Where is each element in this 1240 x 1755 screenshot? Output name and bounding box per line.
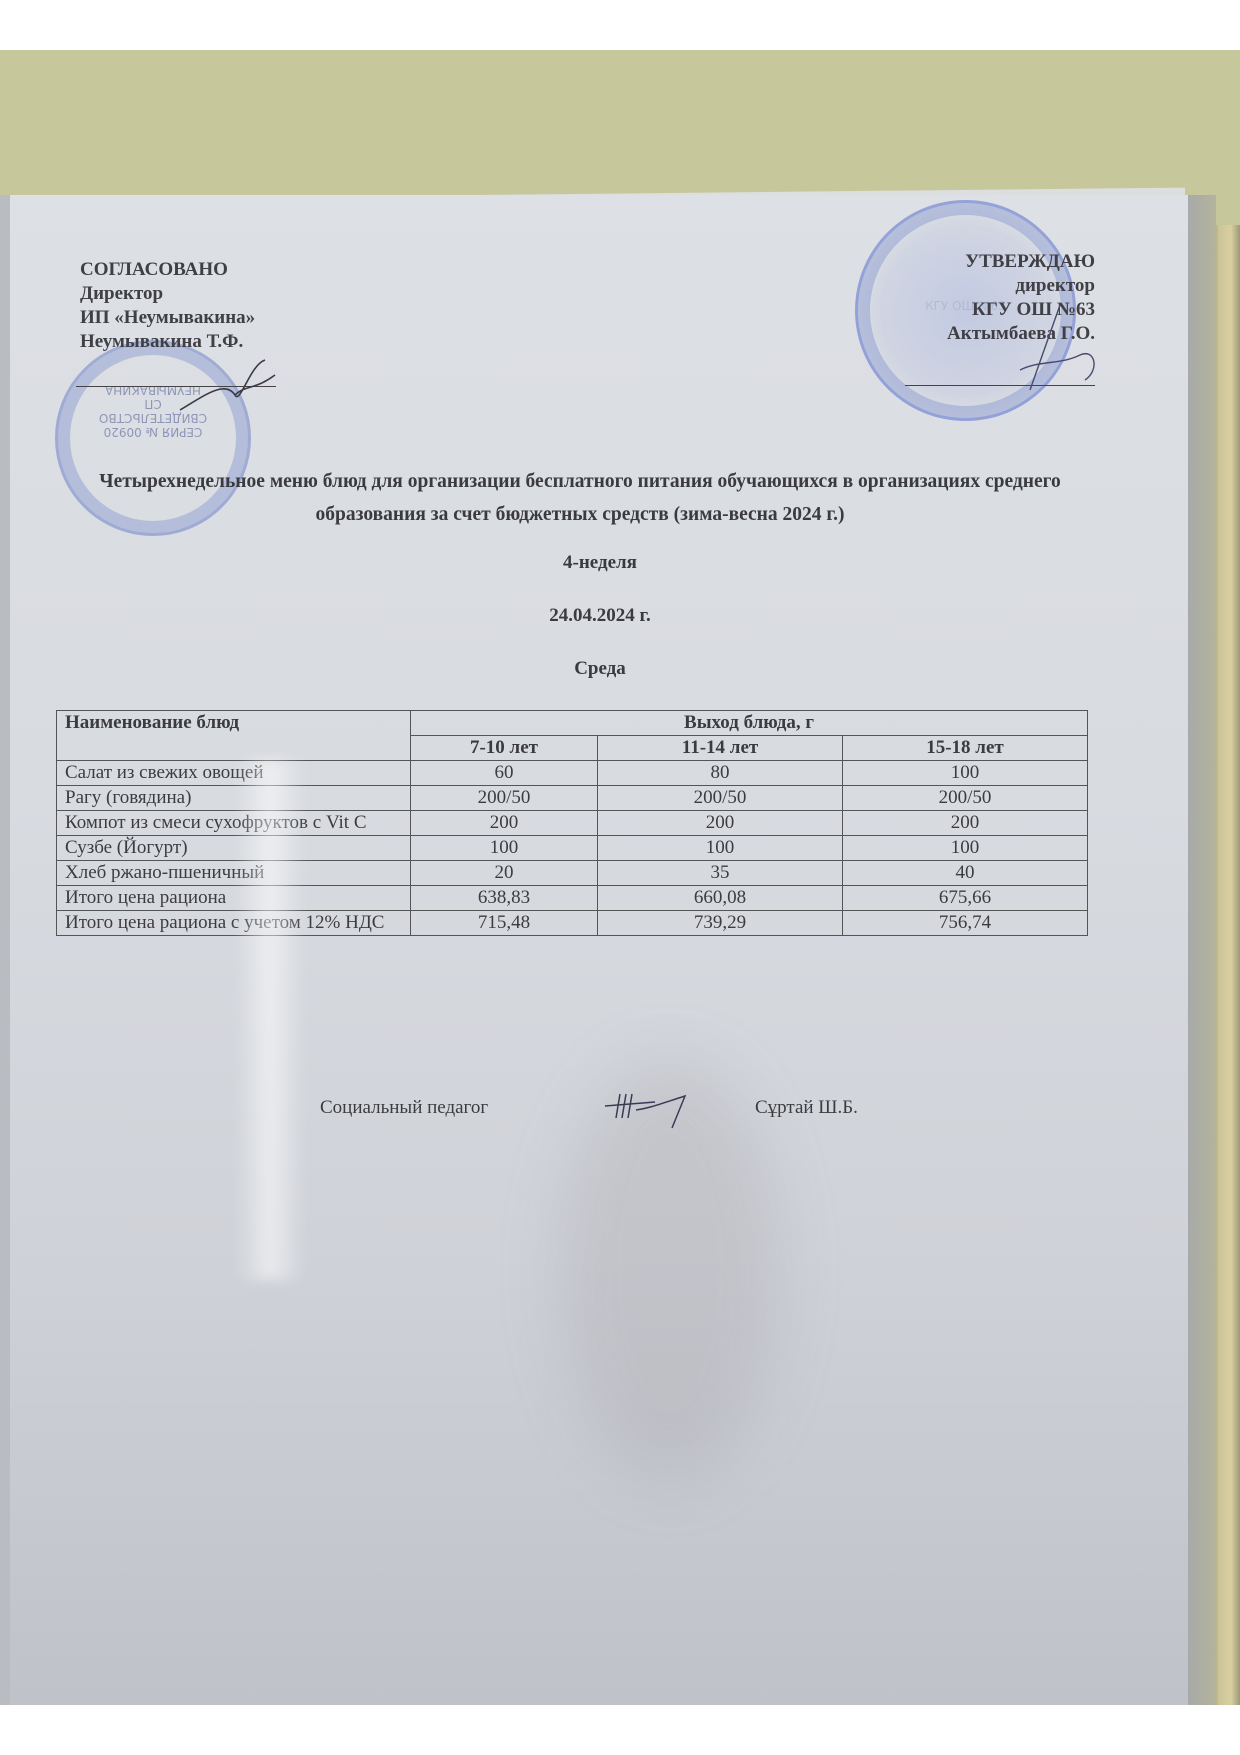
week-label: 4-неделя <box>0 552 1200 574</box>
yield-value: 40 <box>843 861 1088 886</box>
yield-value: 756,74 <box>843 911 1088 936</box>
yield-value: 200/50 <box>598 786 843 811</box>
age-group-header: 15-18 лет <box>843 736 1088 761</box>
yield-value: 100 <box>843 836 1088 861</box>
yield-value: 60 <box>411 761 598 786</box>
dish-name: Рагу (говядина) <box>57 786 411 811</box>
yield-value: 100 <box>598 836 843 861</box>
dish-name: Итого цена рациона с учетом 12% НДС <box>57 911 411 936</box>
yield-value: 660,08 <box>598 886 843 911</box>
signer-role: Социальный педагог <box>320 1097 488 1119</box>
table-row: Компот из смеси сухофруктов с Vit C20020… <box>57 811 1088 836</box>
agreed-organization: ИП «Неумывакина» <box>80 306 255 330</box>
age-group-header: 7-10 лет <box>411 736 598 761</box>
yield-value: 200 <box>411 811 598 836</box>
dish-name: Компот из смеси сухофруктов с Vit C <box>57 811 411 836</box>
light-glare <box>235 760 305 1280</box>
weekday-label: Среда <box>0 658 1200 680</box>
yield-value: 200 <box>843 811 1088 836</box>
table-row: Сузбе (Йогурт)100100100 <box>57 836 1088 861</box>
yield-value: 80 <box>598 761 843 786</box>
signer-name: Сұртай Ш.Б. <box>755 1097 858 1119</box>
table-row: Салат из свежих овощей6080100 <box>57 761 1088 786</box>
yield-value: 715,48 <box>411 911 598 936</box>
age-group-header: 11-14 лет <box>598 736 843 761</box>
table-row: Хлеб ржано-пшеничный203540 <box>57 861 1088 886</box>
dish-name: Итого цена рациона <box>57 886 411 911</box>
yield-value: 100 <box>843 761 1088 786</box>
yield-value: 35 <box>598 861 843 886</box>
yield-value: 200/50 <box>411 786 598 811</box>
column-header-yield: Выход блюда, г <box>411 711 1088 736</box>
yield-value: 675,66 <box>843 886 1088 911</box>
agreed-status: СОГЛАСОВАНО <box>80 258 255 282</box>
approve-status: УТВЕРЖДАЮ <box>947 250 1095 274</box>
signature-icon <box>600 1088 695 1130</box>
document-title: Четырехнедельное меню блюд для организац… <box>60 465 1100 531</box>
agreed-person: Неумывакина Т.Ф. <box>80 330 255 354</box>
dish-name: Хлеб ржано-пшеничный <box>57 861 411 886</box>
agreed-position: Директор <box>80 282 255 306</box>
sheet-shadow <box>1188 195 1216 1705</box>
yield-value: 20 <box>411 861 598 886</box>
table-row: Рагу (говядина)200/50200/50200/50 <box>57 786 1088 811</box>
menu-table: Наименование блюд Выход блюда, г 7-10 ле… <box>56 710 1088 936</box>
yield-value: 638,83 <box>411 886 598 911</box>
date-label: 24.04.2024 г. <box>0 605 1200 627</box>
column-header-dish: Наименование блюд <box>57 711 411 761</box>
yield-value: 200 <box>598 811 843 836</box>
table-row: Итого цена рациона с учетом 12% НДС715,4… <box>57 911 1088 936</box>
approve-position: директор <box>947 274 1095 298</box>
yield-value: 100 <box>411 836 598 861</box>
table-row: Итого цена рациона638,83660,08675,66 <box>57 886 1088 911</box>
agreed-block: СОГЛАСОВАНО Директор ИП «Неумывакина» Не… <box>80 258 255 354</box>
dish-name: Сузбе (Йогурт) <box>57 836 411 861</box>
signature-icon <box>175 355 285 425</box>
signature-icon <box>1000 300 1110 410</box>
sheet-left-edge <box>0 195 10 1705</box>
yield-value: 739,29 <box>598 911 843 936</box>
yield-value: 200/50 <box>843 786 1088 811</box>
dish-name: Салат из свежих овощей <box>57 761 411 786</box>
